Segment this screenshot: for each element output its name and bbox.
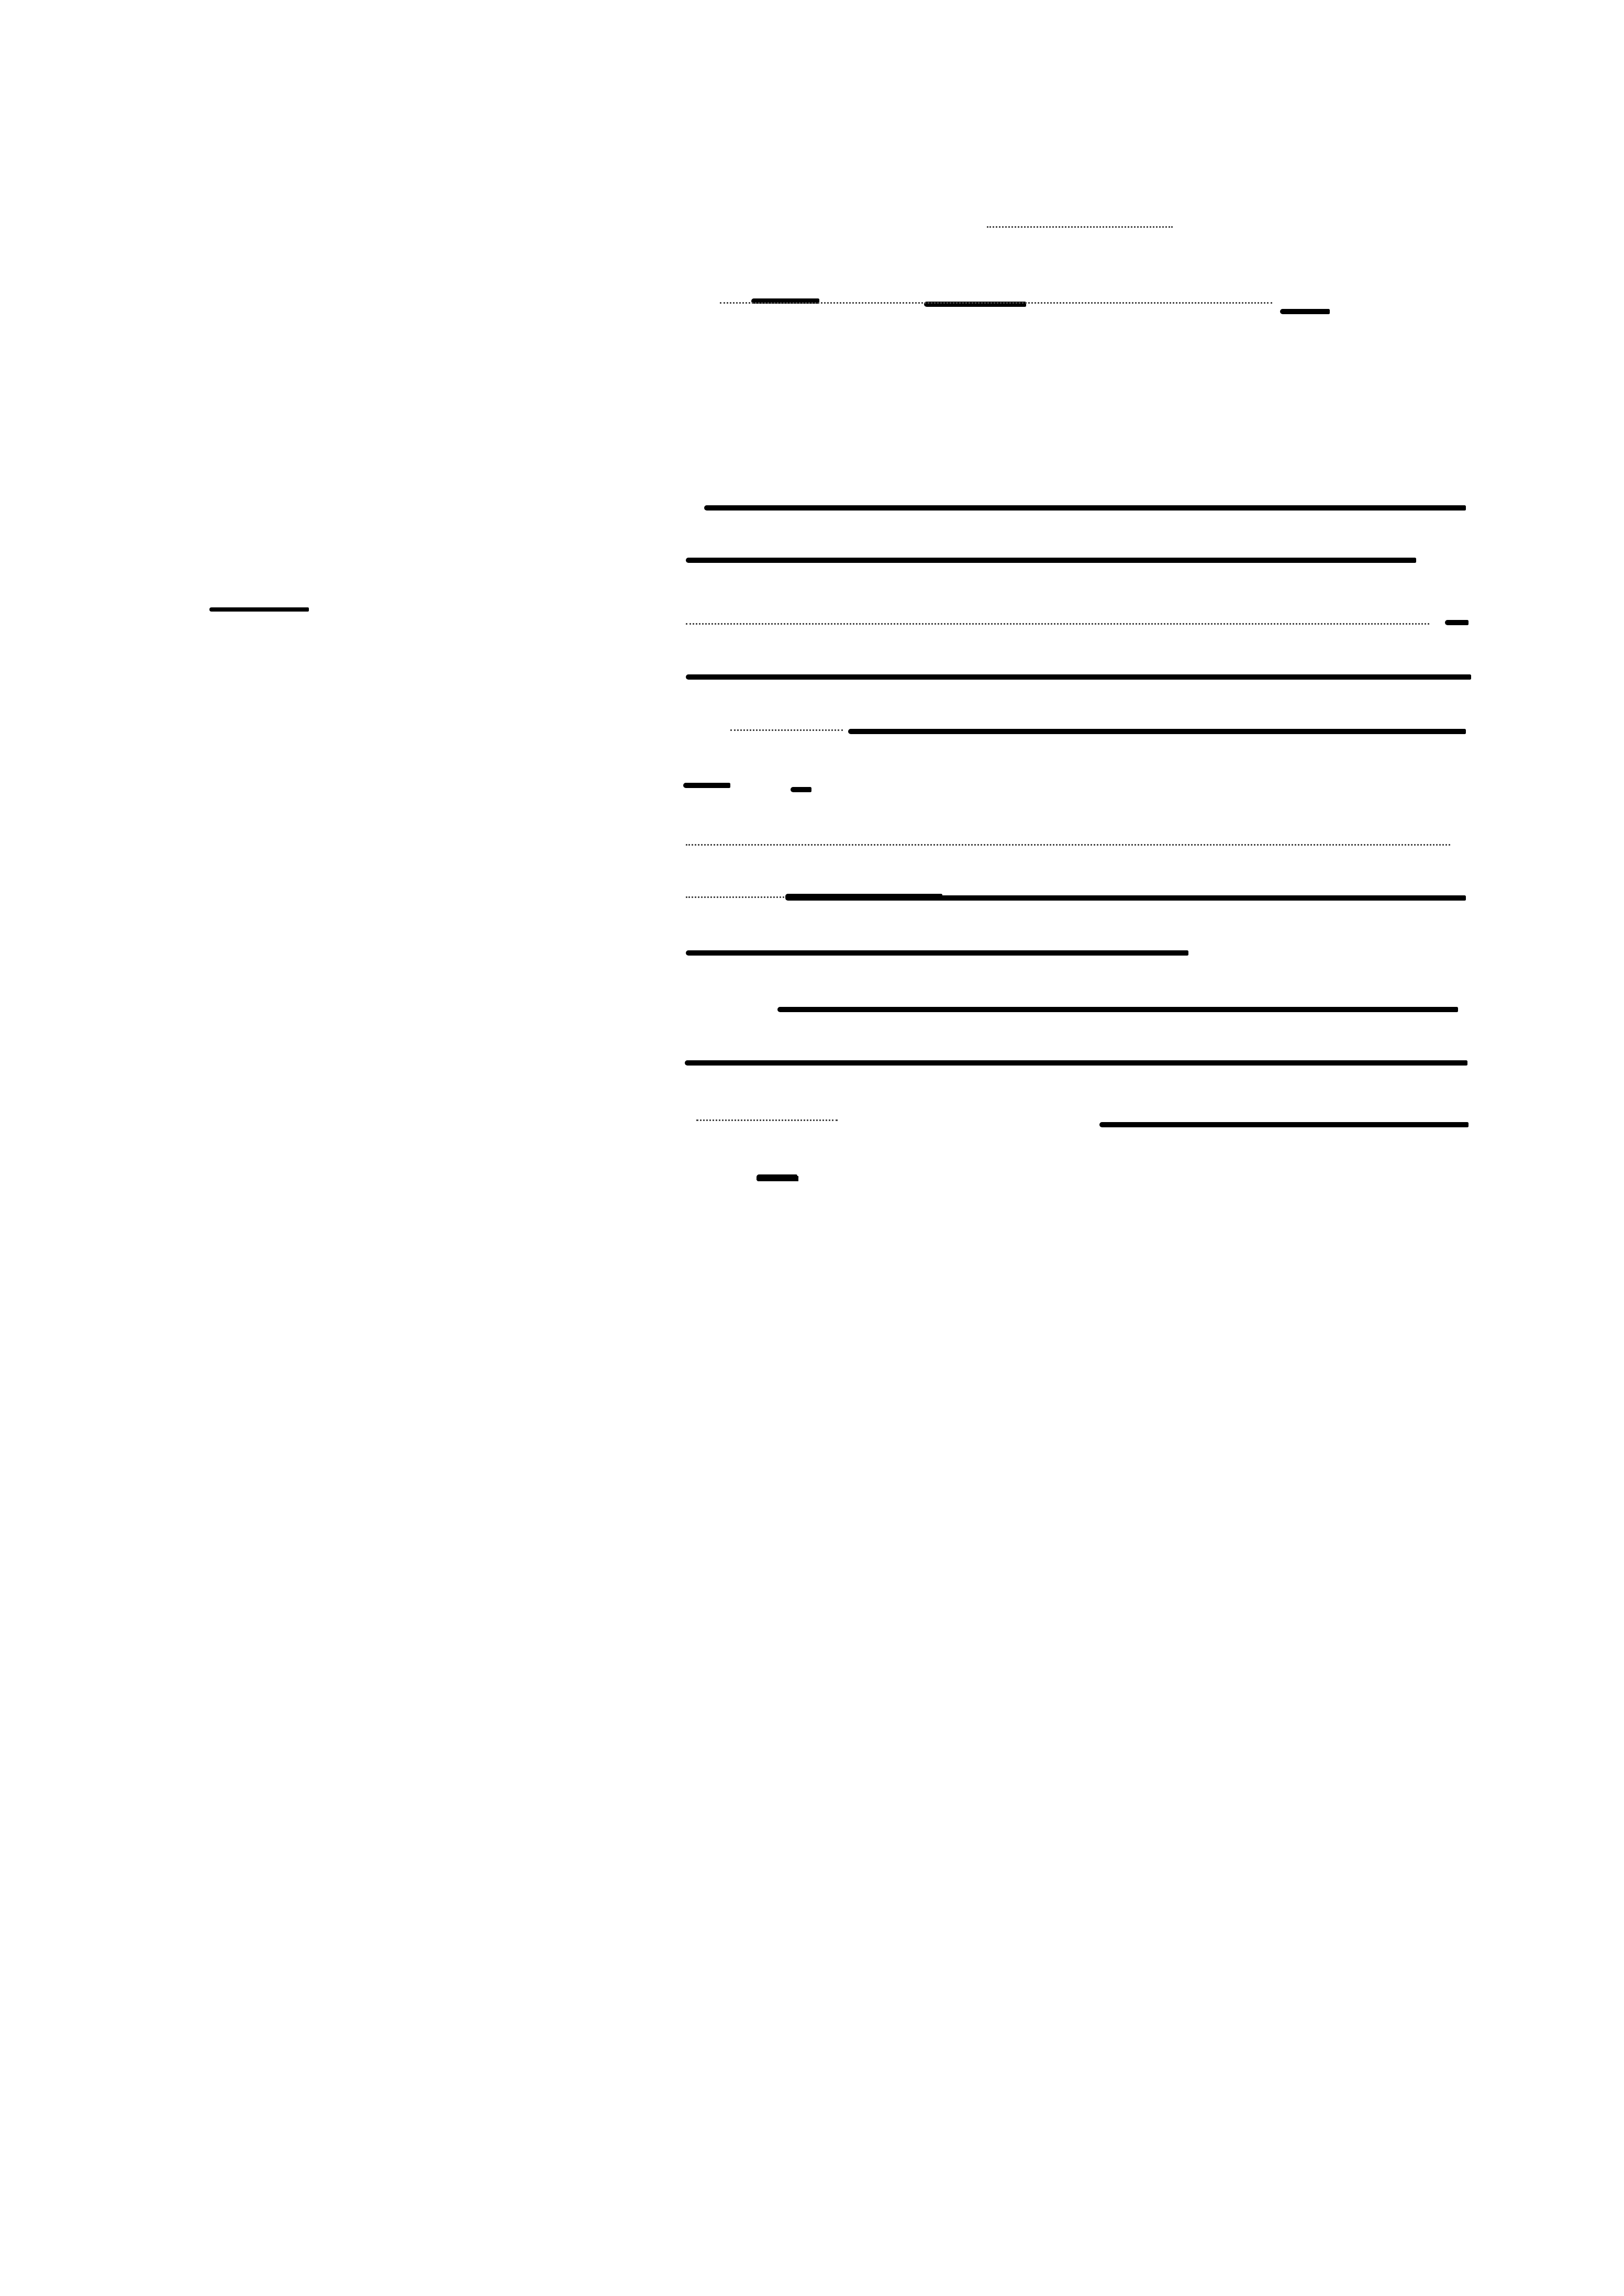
religion1-rule-left: [683, 783, 730, 788]
mother-rule: [785, 895, 1466, 901]
margin-rule: [209, 607, 309, 612]
religion2-rule: [686, 950, 1188, 956]
date-line-rule-right: [1280, 309, 1330, 314]
zu-rule: [1099, 1122, 1469, 1127]
blank-rule-2: [685, 1060, 1467, 1066]
bekannt-rule: [686, 558, 1416, 563]
wohnhaft2-rule: [777, 1007, 1458, 1012]
birth-register-page: [0, 0, 1624, 2296]
blank-rule-1: [686, 674, 1471, 680]
mother-dotted-line-1: [686, 844, 1450, 846]
record-number-dotted-line: [987, 226, 1173, 228]
informant-dotted-line: [686, 623, 1429, 625]
date-dotted-line: [720, 302, 1272, 304]
informant-rule: [1445, 620, 1469, 625]
wohnhaft-in-rule: [848, 729, 1466, 734]
nach-rule: [704, 505, 1466, 511]
